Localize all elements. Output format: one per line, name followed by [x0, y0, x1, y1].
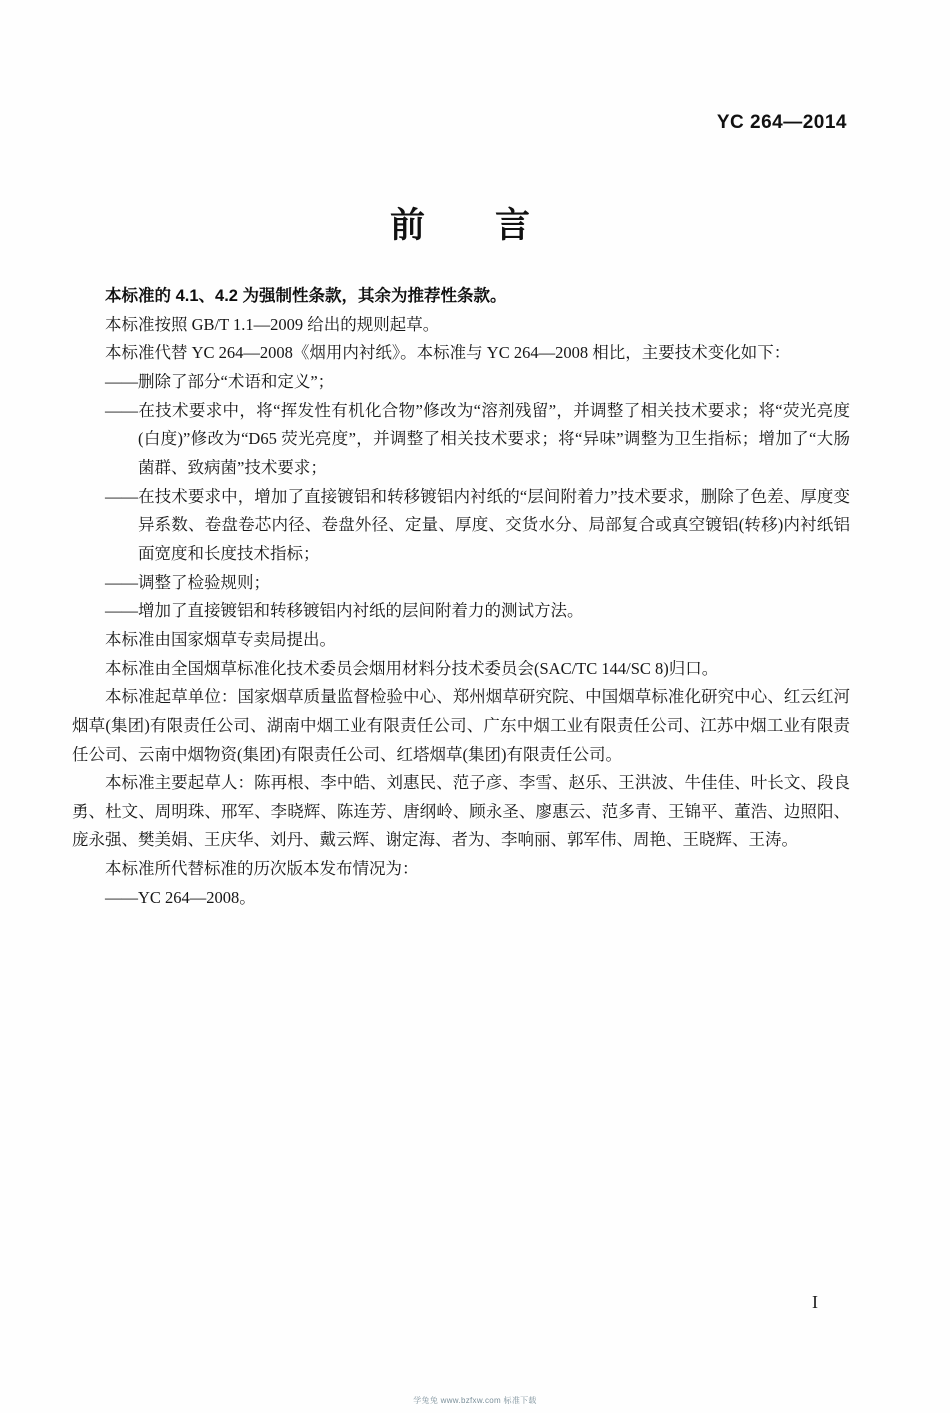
change-item-5: ——增加了直接镀铝和转移镀铝内衬纸的层间附着力的测试方法。 — [138, 597, 850, 626]
previous-edition-item: ——YC 264—2008。 — [138, 884, 850, 913]
change-item-4: ——调整了检验规则； — [138, 569, 850, 598]
change-item-3: ——在技术要求中，增加了直接镀铝和转移镀铝内衬纸的“层间附着力”技术要求，删除了… — [138, 483, 850, 569]
watermark-text: 学兔兔 www.bzfxw.com 标准下载 — [0, 1395, 950, 1406]
drafting-organizations: 本标准起草单位：国家烟草质量监督检验中心、郑州烟草研究院、中国烟草标准化研究中心… — [72, 683, 850, 769]
foreword-body: 本标准的 4.1、4.2 为强制性条款，其余为推荐性条款。 本标准按照 GB/T… — [72, 282, 850, 912]
change-item-2: ——在技术要求中，将“挥发性有机化合物”修改为“溶剂残留”，并调整了相关技术要求… — [138, 397, 850, 483]
change-item-1: ——删除了部分“术语和定义”； — [138, 368, 850, 397]
proposed-by-note: 本标准由国家烟草专卖局提出。 — [72, 626, 850, 655]
document-page: YC 264—2014 前 言 本标准的 4.1、4.2 为强制性条款，其余为推… — [0, 0, 950, 1413]
replacement-note: 本标准代替 YC 264—2008《烟用内衬纸》。本标准与 YC 264—200… — [72, 339, 850, 368]
drafting-rule-note: 本标准按照 GB/T 1.1—2009 给出的规则起草。 — [72, 311, 850, 340]
foreword-title: 前 言 — [0, 198, 920, 248]
standard-code: YC 264—2014 — [717, 112, 847, 134]
previous-editions-note: 本标准所代替标准的历次版本发布情况为： — [72, 855, 850, 884]
committee-note: 本标准由全国烟草标准化技术委员会烟用材料分技术委员会(SAC/TC 144/SC… — [72, 655, 850, 684]
mandatory-clause-note: 本标准的 4.1、4.2 为强制性条款，其余为推荐性条款。 — [72, 282, 850, 311]
page-number: I — [812, 1292, 818, 1313]
drafters-list: 本标准主要起草人：陈再根、李中皓、刘惠民、范子彦、李雪、赵乐、王洪波、牛佳佳、叶… — [72, 769, 850, 855]
